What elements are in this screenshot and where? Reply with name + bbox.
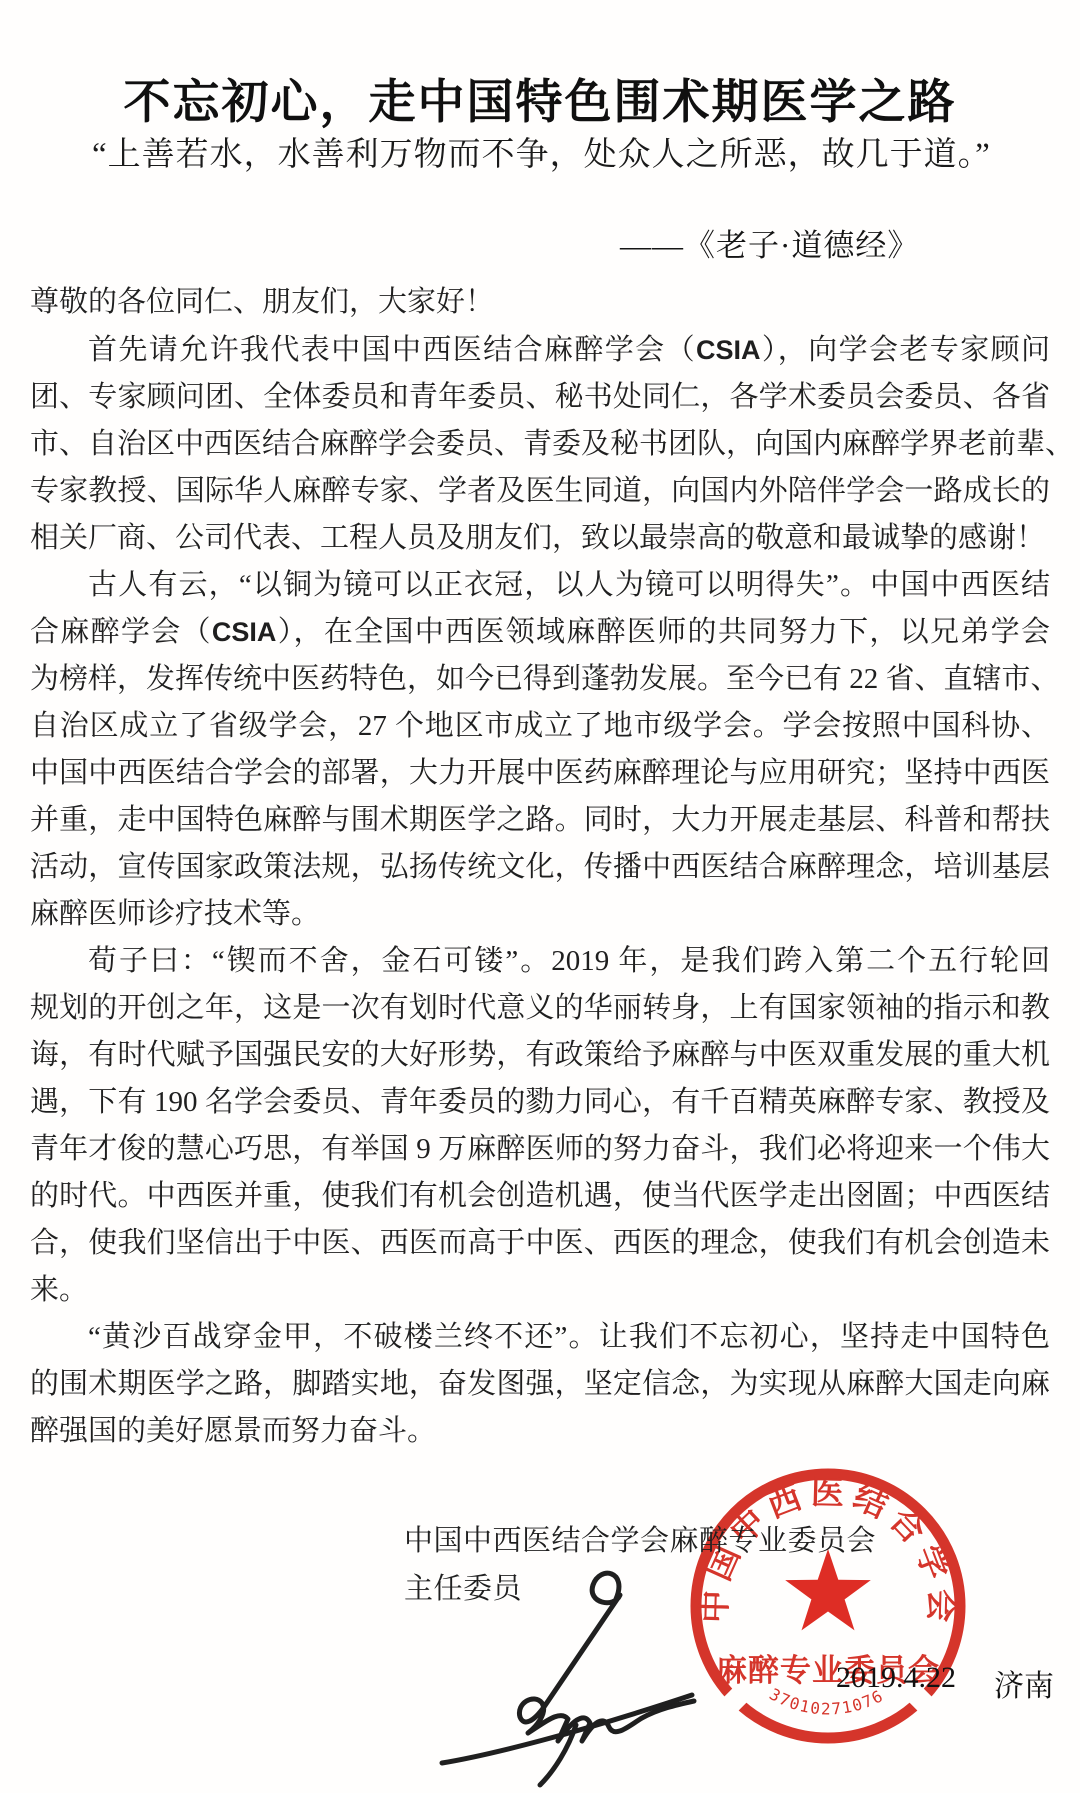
- body-line: 并重，走中国特色麻醉与围术期医学之路。同时，大力开展走基层、科普和帮扶: [30, 797, 1050, 844]
- epigraph-attribution: ——《老子·道德经》: [620, 220, 919, 265]
- signoff-role: 主任委员: [404, 1566, 522, 1607]
- body-line: 中国中西医结合学会的部署，大力开展中医药麻醉理论与应用研究；坚持中西医: [30, 750, 1050, 797]
- body-line: 遇，下有 190 名学会委员、青年委员的勠力同心，有千百精英麻醉专家、教授及: [30, 1079, 1050, 1126]
- body-paragraphs: 首先请允许我代表中国中西医结合麻醉学会（CSIA），向学会老专家顾问团、专家顾问…: [30, 327, 1050, 1455]
- seal-star: [785, 1549, 871, 1630]
- body-line: 首先请允许我代表中国中西医结合麻醉学会（CSIA），向学会老专家顾问: [30, 327, 1050, 374]
- body-line: 专家教授、国际华人麻醉专家、学者及医生同道，向国内外陪伴学会一路成长的: [30, 468, 1050, 515]
- body-line: 自治区成立了省级学会，27 个地区市成立了地市级学会。学会按照中国科协、: [30, 703, 1050, 750]
- body-line: 的围术期医学之路，脚踏实地，奋发图强，坚定信念，为实现从麻醉大国走向麻: [30, 1361, 1050, 1408]
- body-line: 团、专家顾问团、全体委员和青年委员、秘书处同仁，各学术委员会委员、各省: [30, 374, 1050, 421]
- body-line: 活动，宣传国家政策法规，弘扬传统文化，传播中西医结合麻醉理念，培训基层: [30, 844, 1050, 891]
- body-line: 荀子曰：“锲而不舍，金石可镂”。2019 年，是我们跨入第二个五行轮回: [30, 938, 1050, 985]
- signoff-dateline: 2019.4.22 济南: [836, 1661, 1054, 1705]
- body-line: 来。: [30, 1267, 1050, 1314]
- page-title: 不忘初心，走中国特色围术期医学之路: [0, 65, 1080, 132]
- signoff-organization: 中国中西医结合学会麻醉专业委员会: [404, 1518, 876, 1559]
- body-line: 古人有云，“以铜为镜可以正衣冠，以人为镜可以明得失”。中国中西医结: [30, 562, 1050, 609]
- body-line: 醉强国的美好愿景而努力奋斗。: [30, 1408, 1050, 1455]
- body-line: 规划的开创之年，这是一次有划时代意义的华丽转身，上有国家领袖的指示和教: [30, 985, 1050, 1032]
- body-line: 麻醉医师诊疗技术等。: [30, 891, 1050, 938]
- signature-stroke-main: [519, 1573, 694, 1741]
- body-line: 合，使我们坚信出于中医、西医而高于中医、西医的理念，使我们有机会创造未: [30, 1220, 1050, 1267]
- body-line: “黄沙百战穿金甲，不破楼兰终不还”。让我们不忘初心，坚持走中国特色: [30, 1314, 1050, 1361]
- body-line: 的时代。中西医并重，使我们有机会创造机遇，使当代医学走出囹圄；中西医结: [30, 1173, 1050, 1220]
- body-line: 为榜样，发挥传统中医药特色，如今已得到蓬勃发展。至今已有 22 省、直辖市、: [30, 656, 1050, 703]
- body-line: 合麻醉学会（CSIA），在全国中西医领域麻醉医师的共同努力下，以兄弟学会: [30, 609, 1050, 656]
- epigraph-quote: “上善若水，水善利万物而不争，处众人之所恶，故几于道。”: [92, 128, 1012, 175]
- body-line: 相关厂商、公司代表、工程人员及朋友们，致以最崇高的敬意和最诚挚的感谢！: [30, 515, 1050, 562]
- body-line: 诲，有时代赋予国强民安的大好形势，有政策给予麻醉与中医双重发展的重大机: [30, 1032, 1050, 1079]
- greeting-line: 尊敬的各位同仁、朋友们，大家好！: [30, 279, 494, 320]
- body-line: 市、自治区中西医结合麻醉学会委员、青委及秘书团队，向国内麻醉学界老前辈、: [30, 421, 1050, 468]
- signoff-date: 2019.4.22: [836, 1661, 956, 1705]
- signoff-place: 济南: [994, 1661, 1054, 1705]
- letter-page: 不忘初心，走中国特色围术期医学之路 “上善若水，水善利万物而不争，处众人之所恶，…: [0, 0, 1080, 1793]
- body-line: 青年才俊的慧心巧思，有举国 9 万麻醉医师的努力奋斗，我们必将迎来一个伟大: [30, 1126, 1050, 1173]
